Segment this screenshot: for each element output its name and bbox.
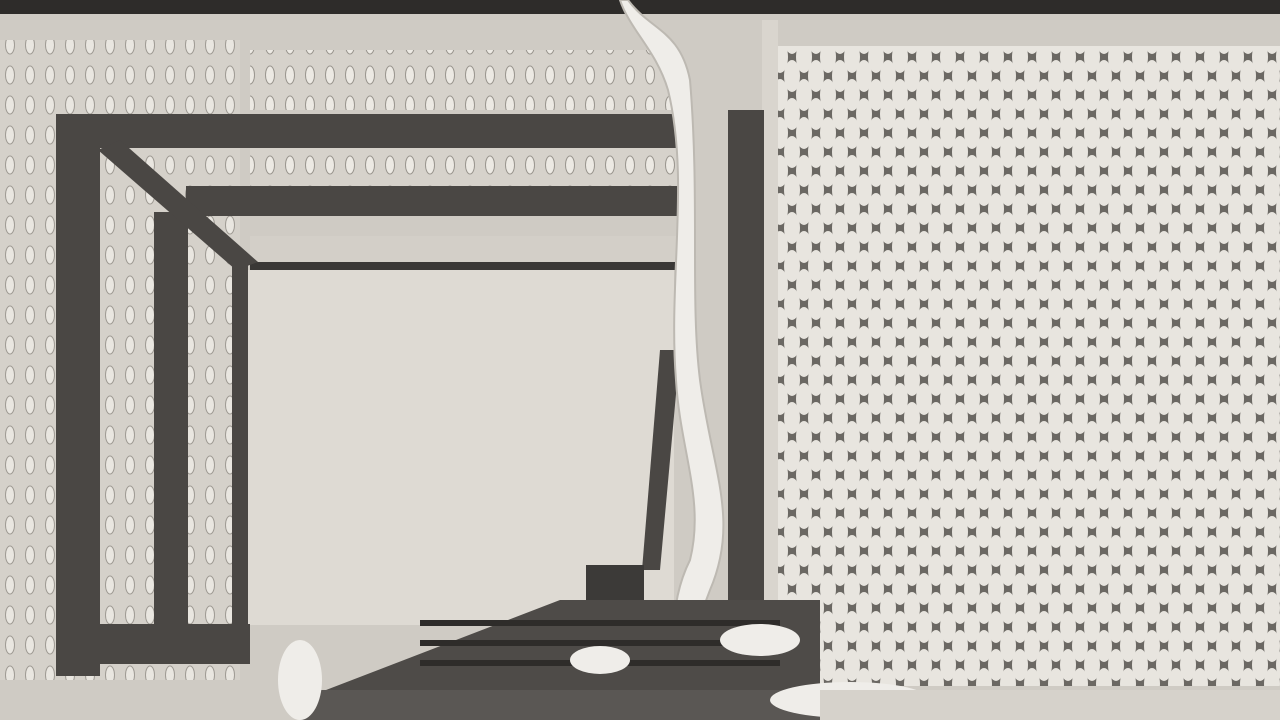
mesh-frame-edge xyxy=(762,20,778,700)
floor-right xyxy=(820,690,1280,720)
frost-ledge xyxy=(250,236,680,266)
right-expanded-mesh-panel xyxy=(778,46,1280,686)
photo-scene xyxy=(0,0,1280,720)
upper-perforated-strip xyxy=(250,50,680,110)
rust-edge xyxy=(250,262,680,270)
